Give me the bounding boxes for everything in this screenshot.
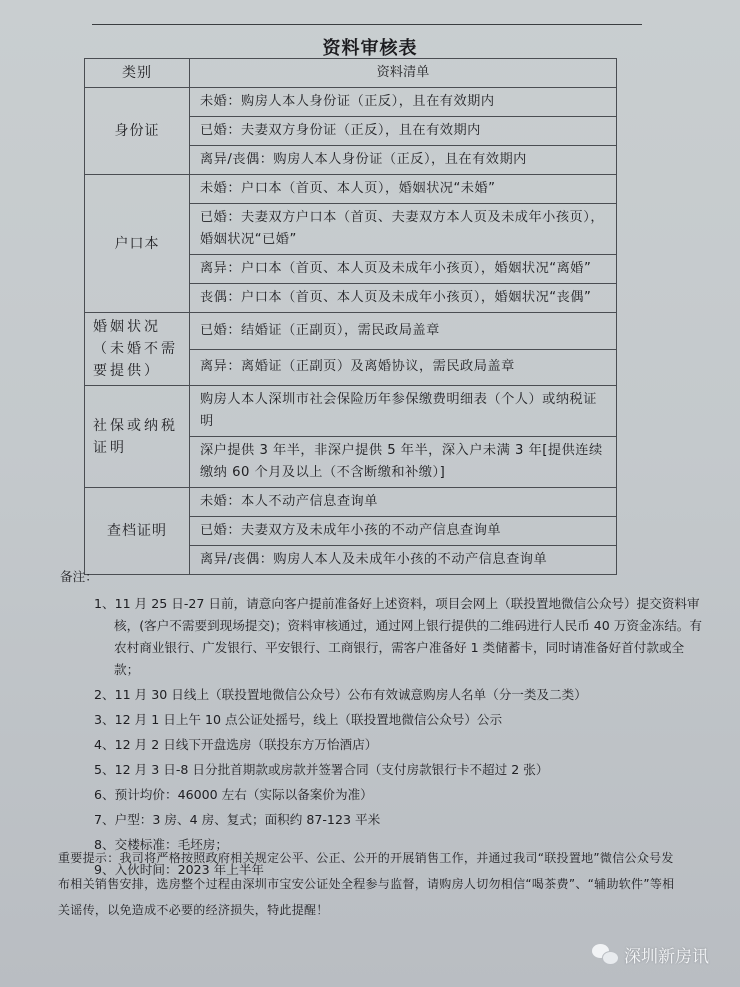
item-cell: 未婚：本人不动产信息查询单 (190, 488, 617, 517)
table-row: 身份证 未婚：购房人本人身份证（正反），且在有效期内 (85, 88, 617, 117)
notes-label: 备注： (60, 566, 700, 585)
table-row: 婚姻状况（未婚不需要提供） 已婚：结婚证（正副页），需民政局盖章 (85, 313, 617, 350)
item-cell: 离异：离婚证（正副页）及离婚协议，需民政局盖章 (190, 349, 617, 386)
note-item: 4、12 月 2 日线下开盘选房（联投东方万怡酒店） (78, 734, 704, 756)
category-property-record: 查档证明 (85, 488, 190, 575)
item-cell: 已婚：结婚证（正副页），需民政局盖章 (190, 313, 617, 350)
item-cell: 购房人本人深圳市社会保险历年参保缴费明细表（个人）或纳税证明 (190, 386, 617, 437)
table-row: 社保或纳税证明 购房人本人深圳市社会保险历年参保缴费明细表（个人）或纳税证明 (85, 386, 617, 437)
item-cell: 未婚：户口本（首页、本人页），婚姻状况“未婚” (190, 175, 617, 204)
category-marital-status: 婚姻状况（未婚不需要提供） (85, 313, 190, 386)
review-table: 类别 资料清单 身份证 未婚：购房人本人身份证（正反），且在有效期内 已婚：夫妻… (84, 58, 617, 575)
table-row: 户口本 未婚：户口本（首页、本人页），婚姻状况“未婚” (85, 175, 617, 204)
wechat-icon (592, 944, 620, 966)
item-cell: 深户提供 3 年半，非深户提供 5 年半，深入户未满 3 年[提供连续缴纳 60… (190, 437, 617, 488)
note-item: 3、12 月 1 日上午 10 点公证处摇号，线上（联投置地微信公众号）公示 (78, 709, 704, 731)
note-item: 1、11 月 25 日-27 日前，请意向客户提前准备好上述资料，项目会网上（联… (78, 593, 704, 681)
item-cell: 已婚：夫妻双方户口本（首页、夫妻双方本人页及未成年小孩页），婚姻状况“已婚” (190, 204, 617, 255)
top-rule (92, 24, 642, 25)
item-cell: 未婚：购房人本人身份证（正反），且在有效期内 (190, 88, 617, 117)
item-cell: 离异：户口本（首页、本人页及未成年小孩页），婚姻状况“离婚” (190, 255, 617, 284)
note-item: 6、预计均价：46000 左右（实际以备案价为准） (78, 784, 704, 806)
table-header-row: 类别 资料清单 (85, 59, 617, 88)
important-notice: 重要提示：我司将严格按照政府相关规定公平、公正、公开的开展销售工作，并通过我司“… (58, 845, 678, 923)
category-id-card: 身份证 (85, 88, 190, 175)
item-cell: 已婚：夫妻双方及未成年小孩的不动产信息查询单 (190, 517, 617, 546)
item-cell: 丧偶：户口本（首页、本人页及未成年小孩页），婚姻状况“丧偶” (190, 284, 617, 313)
item-cell: 离异/丧偶：购房人本人身份证（正反），且在有效期内 (190, 146, 617, 175)
header-items: 资料清单 (190, 59, 617, 88)
watermark: 深圳新房讯 (592, 942, 709, 967)
category-social-security: 社保或纳税证明 (85, 386, 190, 488)
note-item: 5、12 月 3 日-8 日分批首期款或房款并签署合同（支付房款银行卡不超过 2… (78, 759, 704, 781)
item-cell: 已婚：夫妻双方身份证（正反），且在有效期内 (190, 117, 617, 146)
note-item: 2、11 月 30 日线上（联投置地微信公众号）公布有效诚意购房人名单（分一类及… (78, 684, 704, 706)
note-item: 7、户型：3 房、4 房、复式；面积约 87-123 平米 (78, 809, 704, 831)
header-category: 类别 (85, 59, 190, 88)
watermark-text: 深圳新房讯 (624, 942, 709, 967)
category-household-register: 户口本 (85, 175, 190, 313)
document-title: 资料审核表 (0, 34, 740, 60)
notes-section: 备注： 1、11 月 25 日-27 日前，请意向客户提前准备好上述资料，项目会… (60, 566, 700, 884)
table-row: 查档证明 未婚：本人不动产信息查询单 (85, 488, 617, 517)
